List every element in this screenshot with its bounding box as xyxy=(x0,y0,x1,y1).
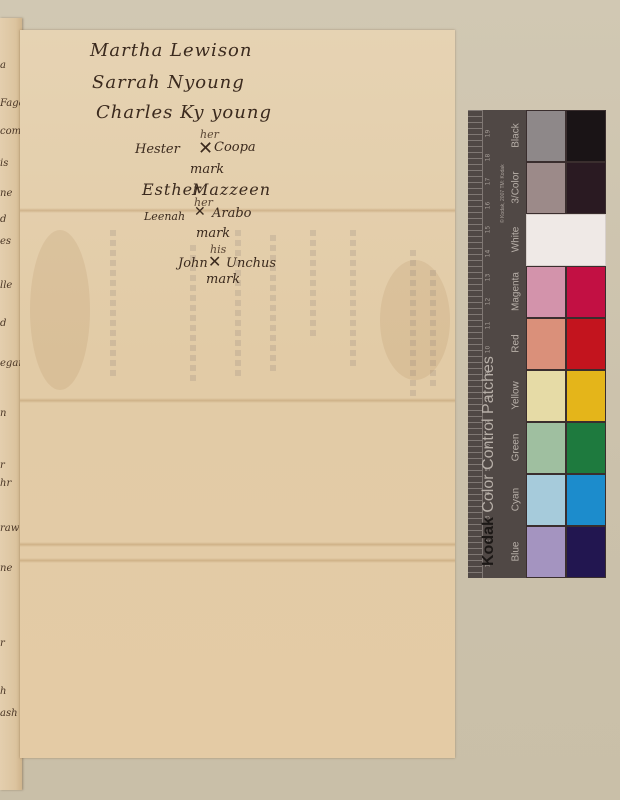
color-patches xyxy=(526,110,606,578)
x-mark-icon: ✕ xyxy=(208,252,221,271)
patch-row-3color xyxy=(526,162,606,214)
kodak-brand: Kodak xyxy=(480,517,497,566)
patch-row-yellow xyxy=(526,370,606,422)
left-page-fragment: d xyxy=(0,214,6,225)
left-page-fragment: ash xyxy=(0,708,18,719)
x-mark-icon: ✕ xyxy=(194,204,206,220)
patch-label-black: Black xyxy=(506,130,526,141)
left-page-fragment: r xyxy=(0,638,5,649)
patch-row-cyan xyxy=(526,474,606,526)
left-page-fragment: n xyxy=(0,408,6,419)
left-page-fragment: d xyxy=(0,318,6,329)
patch-row-white xyxy=(526,214,606,266)
bleed-through-text xyxy=(430,270,436,390)
bleed-through-text xyxy=(350,230,356,370)
kodak-scale-bar: 1 2 3 4 5 6 7 8 9 10 11 12 13 14 15 16 1… xyxy=(468,110,526,578)
mark-surname: Arabo xyxy=(212,206,252,221)
kodak-copyright: © Kodak, 2007 TM: Kodak xyxy=(500,164,506,578)
signature-charles: Charles Ky young xyxy=(96,102,272,123)
kodak-title: Kodak Color Control Patches xyxy=(480,98,498,578)
fold-line xyxy=(20,542,455,547)
kodak-color-control-target: 1 2 3 4 5 6 7 8 9 10 11 12 13 14 15 16 1… xyxy=(468,110,606,578)
patch-label-cyan: Cyan xyxy=(506,494,526,505)
patch-label-magenta: Magenta xyxy=(506,286,526,297)
bleed-through-text xyxy=(410,250,416,400)
left-page-fragment: ne xyxy=(0,188,12,199)
signature-sarrah: Sarrah Nyoung xyxy=(92,72,245,93)
mark-surname: Unchus xyxy=(226,256,276,271)
left-facing-page: a Fage com is ne d es lle d egan n r hr … xyxy=(0,18,22,790)
fold-line xyxy=(20,558,455,563)
patch-label-red: Red xyxy=(506,338,526,349)
left-page-fragment: h xyxy=(0,686,6,697)
left-page-fragment: ne xyxy=(0,563,12,574)
patch-row-black xyxy=(526,110,606,162)
x-mark-icon: ✕ xyxy=(198,138,213,159)
mark-surname: Coopa xyxy=(214,140,256,155)
kodak-title-text: Color Control Patches xyxy=(480,356,497,513)
stain xyxy=(30,230,90,390)
patch-row-blue xyxy=(526,526,606,578)
patch-row-red xyxy=(526,318,606,370)
patch-label-3color: 3/Color xyxy=(506,182,526,193)
mark-below-label: mark xyxy=(196,226,230,241)
mark-name: Leenah xyxy=(144,210,185,223)
bleed-through-text xyxy=(310,230,316,340)
bleed-through-text xyxy=(235,230,241,380)
left-page-fragment: com xyxy=(0,126,21,137)
patch-row-green xyxy=(526,422,606,474)
patch-label-green: Green xyxy=(506,442,526,453)
left-page-fragment: raw xyxy=(0,523,19,534)
bleed-through-text xyxy=(110,230,116,380)
mark-below-label: mark xyxy=(206,272,240,287)
fold-line xyxy=(20,398,455,403)
patch-row-magenta xyxy=(526,266,606,318)
mark-below-label: mark xyxy=(190,162,224,177)
left-page-fragment: a xyxy=(0,60,6,71)
patch-label-yellow: Yellow xyxy=(506,390,526,401)
patch-label-white: White xyxy=(506,234,526,245)
mark-name: John xyxy=(178,256,208,271)
left-page-fragment: es xyxy=(0,236,11,247)
left-page-fragment: r xyxy=(0,460,5,471)
signature-martha: Martha Lewison xyxy=(90,40,252,61)
left-page-fragment: is xyxy=(0,158,8,169)
patch-label-blue: Blue xyxy=(506,546,526,557)
mark-name: Hester xyxy=(135,142,180,157)
left-page-fragment: lle xyxy=(0,280,12,291)
left-page-fragment: hr xyxy=(0,478,11,489)
